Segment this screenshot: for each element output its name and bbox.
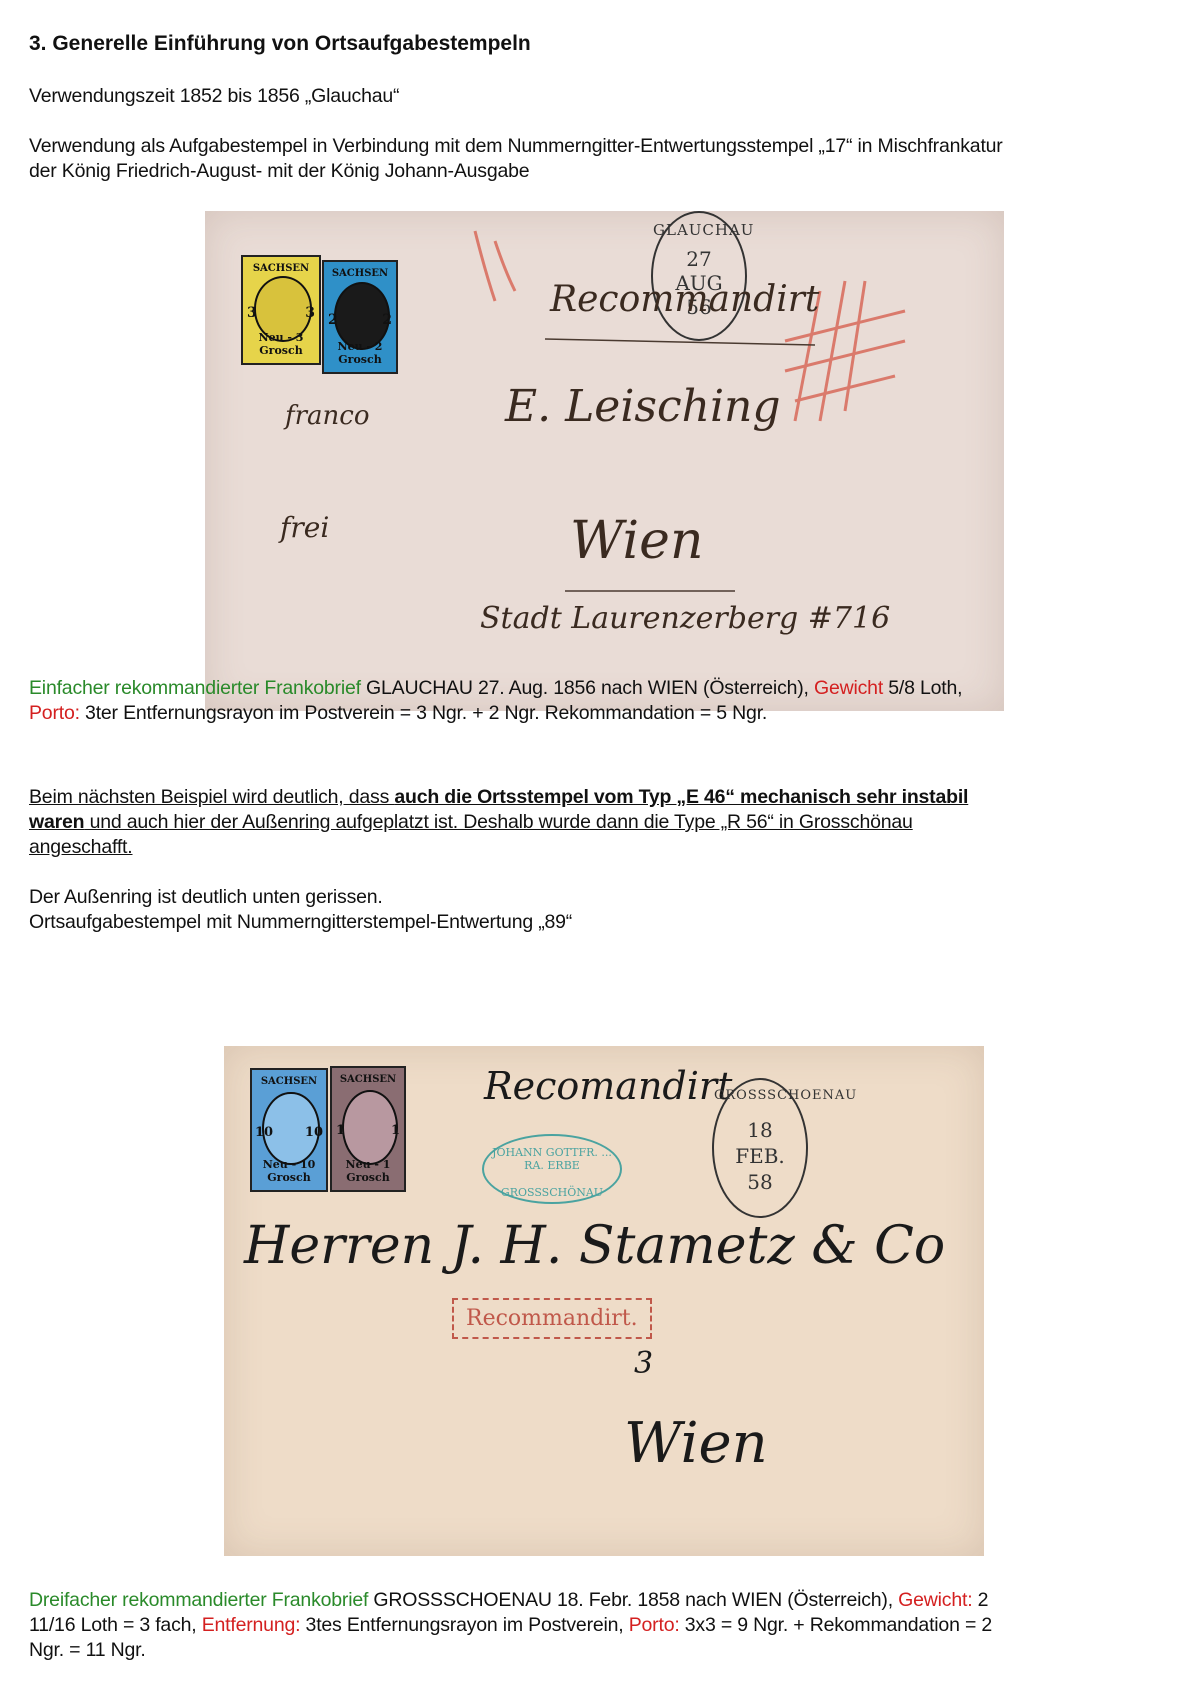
caption-2-line-2: 11/16 Loth = 3 fach, Entfernung: 3tes En… — [29, 1613, 992, 1638]
caption-2-line-1: Dreifacher rekommandierter Frankobrief G… — [29, 1588, 988, 1613]
caption-1-line-1: Einfacher rekommandierter Frankobrief GL… — [29, 676, 962, 701]
stamp-1-groschen: SACHSEN 1 1 Neu - 1 Grosch — [330, 1066, 406, 1192]
page-title: 3. Generelle Einführung von Ortsaufgabes… — [29, 32, 531, 56]
handwritten-franco: franco — [285, 401, 370, 431]
intro-line-2: der König Friedrich-August- mit der Köni… — [29, 159, 529, 184]
usage-period: Verwendungszeit 1852 bis 1856 „Glauchau“ — [29, 84, 399, 109]
note-line-1: Der Außenring ist deutlich unten gerisse… — [29, 885, 383, 910]
caption-2-line-3: Ngr. = 11 Ngr. — [29, 1638, 146, 1663]
cover-image-glauchau: SACHSEN 3 3 Neu - 3 Grosch SACHSEN 2 2 N… — [205, 211, 1004, 711]
postmark-grossschoenau: GROSSSCHOENAU 18 FEB. 58 — [712, 1078, 808, 1218]
handwritten-city: Wien — [624, 1411, 768, 1476]
paragraph-2-line-1: Beim nächsten Beispiel wird deutlich, da… — [29, 785, 968, 810]
handwritten-frei: frei — [280, 511, 329, 544]
note-line-2: Ortsaufgabestempel mit Nummerngitterstem… — [29, 910, 572, 935]
handwritten-city: Wien — [570, 511, 703, 571]
handwritten-recomandirt: Recomandirt — [484, 1064, 732, 1108]
oval-company-stamp: JOHANN GOTTFR. ... RA. ERBE GROSSSCHÖNAU — [482, 1134, 622, 1204]
handwritten-addressee: Herren J. H. Stametz & Co — [244, 1216, 945, 1276]
handwritten-street: Stadt Laurenzerberg #716 — [480, 601, 890, 636]
cover-image-grossschoenau: SACHSEN 10 10 Neu - 10 Grosch SACHSEN 1 … — [224, 1046, 984, 1556]
caption-1-line-2: Porto: 3ter Entfernungsrayon im Postvere… — [29, 701, 767, 726]
paragraph-2-line-2: waren und auch hier der Außenring aufgep… — [29, 810, 913, 835]
boxed-recommandirt-stamp: Recommandirt. — [452, 1298, 652, 1339]
handwritten-recommandirt: Recommandirt — [550, 279, 819, 320]
handwritten-addressee: E. Leisching — [505, 381, 781, 432]
stamp-10-groschen: SACHSEN 10 10 Neu - 10 Grosch — [250, 1068, 328, 1192]
intro-line-1: Verwendung als Aufgabestempel in Verbind… — [29, 134, 1003, 159]
paragraph-2-line-3: angeschafft. — [29, 835, 133, 860]
handwritten-number: 3 — [634, 1346, 653, 1381]
